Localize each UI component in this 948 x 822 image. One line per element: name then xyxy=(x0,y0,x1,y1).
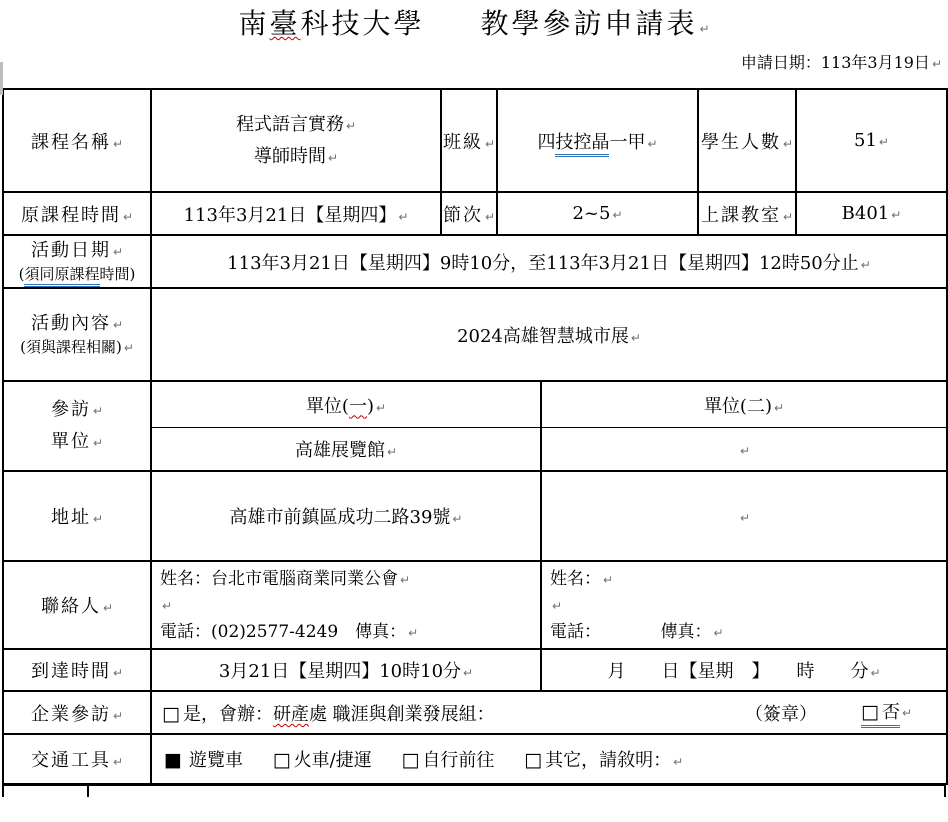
transport-label-cell: 交通工具↵ xyxy=(3,734,151,784)
checkbox-self-icon[interactable]: □ xyxy=(401,749,419,771)
paragraph-mark: ↵ xyxy=(612,208,622,222)
arrival-unit2-cell: 月 日【星期 】 時 分↵ xyxy=(541,649,947,691)
note-grammar-underline: 須同原課程 xyxy=(24,265,99,287)
activity-date-label: 活動日期↵ xyxy=(4,238,150,264)
contact-unit1-phone-line: 電話：(02)2577-4249 傳真：↵ xyxy=(160,619,532,645)
paragraph-mark: ↵ xyxy=(113,666,123,680)
enterprise-yes-text: 是，會辦： xyxy=(183,704,273,725)
room-label: 上課教室 xyxy=(701,205,781,226)
arrival-label: 到達時間 xyxy=(31,661,111,682)
paragraph-mark: ↵ xyxy=(93,404,103,418)
orig-time-value: 113年3月21日【星期四】 xyxy=(184,205,397,226)
activity-date-value-cell: 113年3月21日【星期四】9時10分，至113年3月21日【星期四】12時50… xyxy=(151,235,947,288)
unit1-name-cell: 高雄展覽館↵ xyxy=(151,427,541,471)
enterprise-spell-underline: 研產 xyxy=(273,704,309,725)
unit1-name: 高雄展覽館 xyxy=(295,440,385,461)
orig-time-label-cell: 原課程時間↵ xyxy=(3,192,151,235)
paragraph-mark: ↵ xyxy=(647,137,657,151)
paragraph-mark: ↵ xyxy=(891,208,901,222)
room-label-cell: 上課教室↵ xyxy=(698,192,796,235)
course-name-line1: 程式語言實務↵ xyxy=(152,109,440,141)
paragraph-mark: ↵ xyxy=(328,151,338,165)
paragraph-mark: ↵ xyxy=(113,318,123,332)
contact-label: 聯絡人 xyxy=(41,596,101,617)
activity-date-label-cell: 活動日期↵ (須同原課程時間) xyxy=(3,235,151,288)
contact-unit2-cell: 姓名：↵ ↵ 電話： 傳真：↵ xyxy=(541,561,947,649)
arrival-unit2-value: 月 日【星期 】 時 分 xyxy=(607,661,868,682)
arrival-unit1-value: 3月21日【星期四】10時10分 xyxy=(219,661,461,682)
transport-option-other: □其它，請敘明：↵ xyxy=(524,750,683,771)
paragraph-mark: ↵ xyxy=(387,445,397,459)
next-row-partial xyxy=(2,785,946,797)
apply-date: 申請日期：113年3月19日 xyxy=(741,53,930,72)
address-label: 地址 xyxy=(51,507,91,528)
checkbox-bus-checked-icon[interactable]: ■ xyxy=(164,749,182,771)
contact-unit2-name-line: 姓名：↵ xyxy=(550,566,938,592)
paragraph-mark: ↵ xyxy=(932,57,942,71)
transport-option-self: □自行前往 xyxy=(401,750,494,771)
room-value-cell: B401↵ xyxy=(796,192,947,235)
checkbox-no-icon[interactable]: □ xyxy=(861,701,879,723)
class-value: 一甲 xyxy=(609,132,645,153)
transport-label: 交通工具 xyxy=(31,750,111,771)
transport-option-other-label: 其它，請敘明： xyxy=(545,750,671,771)
title-text: 教學參訪申請表 xyxy=(480,7,697,40)
transport-option-train: □火車/捷運 xyxy=(273,750,372,771)
enterprise-value-cell: □是，會辦：研產處 職涯與創業發展組： （簽章） □否 ↵ xyxy=(151,691,947,734)
enterprise-no-option: □否 xyxy=(861,698,900,728)
period-label: 節次 xyxy=(443,205,483,226)
title-text: 科技大學 xyxy=(300,7,424,40)
activity-content-value: 2024高雄智慧城市展 xyxy=(457,326,629,347)
paragraph-mark: ↵ xyxy=(113,245,123,259)
visit-unit-label-cell: 參訪↵ 單位↵ xyxy=(3,381,151,471)
title-misspelled-char: 臺 xyxy=(269,7,300,40)
checkbox-other-icon[interactable]: □ xyxy=(524,749,542,771)
title-text: 南 xyxy=(238,7,269,40)
address-unit1-cell: 高雄市前鎮區成功二路39號↵ xyxy=(151,471,541,561)
enterprise-label: 企業參訪 xyxy=(31,704,111,725)
paragraph-mark: ↵ xyxy=(408,626,418,640)
unit1-header: 單位( xyxy=(306,396,349,417)
enterprise-yes-text: 處 職涯與創業發展組： xyxy=(309,704,495,725)
paragraph-mark: ↵ xyxy=(700,22,710,36)
paragraph-mark: ↵ xyxy=(673,755,683,769)
checkbox-train-icon[interactable]: □ xyxy=(273,749,291,771)
paragraph-mark: ↵ xyxy=(93,512,103,526)
transport-value-cell: ■遊覽車 □火車/捷運 □自行前往 □其它，請敘明：↵ xyxy=(151,734,947,784)
enterprise-no-text: 否 xyxy=(882,702,900,723)
course-name-line2: 導師時間↵ xyxy=(152,141,440,173)
class-value: 四 xyxy=(537,132,555,153)
paragraph-mark: ↵ xyxy=(603,573,613,587)
contact-unit1-cell: 姓名：台北市電腦商業同業公會↵ ↵ 電話：(02)2577-4249 傳真：↵ xyxy=(151,561,541,649)
students-value-cell: 51↵ xyxy=(796,89,947,192)
paragraph-mark: ↵ xyxy=(783,210,793,224)
class-value-cell: 四技控晶一甲↵ xyxy=(497,89,698,192)
unit2-header-cell: 單位(二)↵ xyxy=(541,381,947,427)
transport-option-train-label: 火車/捷運 xyxy=(294,750,372,771)
visit-unit-label-line2: 單位↵ xyxy=(4,426,150,458)
room-value: B401 xyxy=(842,203,890,224)
transport-option-bus: ■遊覽車 xyxy=(164,750,243,771)
contact-label-cell: 聯絡人↵ xyxy=(3,561,151,649)
unit2-header: 單位(二) xyxy=(704,396,772,417)
transport-option-bus-label: 遊覽車 xyxy=(189,750,243,771)
checkbox-yes-icon[interactable]: □ xyxy=(162,703,180,725)
paragraph-mark: ↵ xyxy=(552,599,562,613)
paragraph-mark: ↵ xyxy=(93,436,103,450)
paragraph-mark: ↵ xyxy=(740,511,750,525)
period-label-cell: 節次↵ xyxy=(441,192,497,235)
left-margin-artifact xyxy=(0,62,3,95)
class-label-cell: 班級↵ xyxy=(441,89,497,192)
empty-line: ↵ xyxy=(550,592,938,618)
students-label-cell: 學生人數↵ xyxy=(698,89,796,192)
class-label: 班級 xyxy=(443,132,483,153)
period-value-cell: 2~5↵ xyxy=(497,192,698,235)
activity-content-note: (須與課程相關)↵ xyxy=(4,337,150,359)
course-name-value-cell: 程式語言實務↵ 導師時間↵ xyxy=(151,89,441,192)
paragraph-mark: ↵ xyxy=(162,599,172,613)
enterprise-label-cell: 企業參訪↵ xyxy=(3,691,151,734)
enterprise-yes-option: □是，會辦：研產處 職涯與創業發展組： xyxy=(162,700,495,726)
unit1-header-cell: 單位(一)↵ xyxy=(151,381,541,427)
paragraph-mark: ↵ xyxy=(631,331,641,345)
paragraph-mark: ↵ xyxy=(463,666,473,680)
unit1-header-spell-underline: 一 xyxy=(349,396,367,417)
orig-time-label: 原課程時間 xyxy=(21,205,121,226)
next-row-column-divider xyxy=(87,786,89,797)
students-value: 51 xyxy=(854,130,877,151)
empty-line: ↵ xyxy=(160,592,532,618)
paragraph-mark: ↵ xyxy=(113,137,123,151)
address-label-cell: 地址↵ xyxy=(3,471,151,561)
visit-unit-label-line1: 參訪↵ xyxy=(4,394,150,426)
paragraph-mark: ↵ xyxy=(861,258,871,272)
unit2-name-cell: ↵ xyxy=(541,427,947,471)
paragraph-mark: ↵ xyxy=(398,210,408,224)
word-document-page: 南臺科技大學教學參訪申請表↵ 申請日期：113年3月19日↵ 課程名稱↵ 程式語… xyxy=(0,0,948,822)
students-label: 學生人數 xyxy=(701,132,781,153)
paragraph-mark: ↵ xyxy=(783,137,793,151)
orig-time-value-cell: 113年3月21日【星期四】↵ xyxy=(151,192,441,235)
paragraph-mark: ↵ xyxy=(485,210,495,224)
period-value: 2~5 xyxy=(572,203,610,224)
paragraph-mark: ↵ xyxy=(774,401,784,415)
activity-content-value-cell: 2024高雄智慧城市展↵ xyxy=(151,288,947,381)
course-name-label-cell: 課程名稱↵ xyxy=(3,89,151,192)
paragraph-mark: ↵ xyxy=(400,573,410,587)
paragraph-mark: ↵ xyxy=(740,444,750,458)
apply-date-line: 申請日期：113年3月19日↵ xyxy=(0,52,948,75)
paragraph-mark: ↵ xyxy=(452,512,462,526)
arrival-unit1-cell: 3月21日【星期四】10時10分↵ xyxy=(151,649,541,691)
document-title: 南臺科技大學教學參訪申請表↵ xyxy=(0,0,948,42)
paragraph-mark: ↵ xyxy=(113,755,123,769)
paragraph-mark: ↵ xyxy=(902,706,912,720)
paragraph-mark: ↵ xyxy=(485,137,495,151)
arrival-label-cell: 到達時間↵ xyxy=(3,649,151,691)
activity-date-value: 113年3月21日【星期四】9時10分，至113年3月21日【星期四】12時50… xyxy=(227,253,859,274)
activity-content-label: 活動內容↵ xyxy=(4,311,150,337)
activity-date-note: (須同原課程時間) xyxy=(4,264,150,286)
seal-label: （簽章） xyxy=(745,700,817,726)
enterprise-row: □是，會辦：研產處 職涯與創業發展組： （簽章） □否 ↵ xyxy=(152,698,946,728)
transport-option-self-label: 自行前往 xyxy=(422,750,494,771)
paragraph-mark: ↵ xyxy=(124,341,134,355)
paragraph-mark: ↵ xyxy=(123,210,133,224)
contact-unit1-name-line: 姓名：台北市電腦商業同業公會↵ xyxy=(160,566,532,592)
paragraph-mark: ↵ xyxy=(103,601,113,615)
paragraph-mark: ↵ xyxy=(113,709,123,723)
class-value-grammar-underline: 技控晶 xyxy=(555,132,609,157)
paragraph-mark: ↵ xyxy=(346,119,356,133)
paragraph-mark: ↵ xyxy=(879,135,889,149)
address-unit1-value: 高雄市前鎮區成功二路39號 xyxy=(230,507,451,528)
application-form-table: 課程名稱↵ 程式語言實務↵ 導師時間↵ 班級↵ 四技控晶一甲↵ 學生人數↵ 51… xyxy=(2,88,948,785)
paragraph-mark: ↵ xyxy=(376,401,386,415)
contact-unit2-phone-line: 電話： 傳真：↵ xyxy=(550,619,938,645)
address-unit2-cell: ↵ xyxy=(541,471,947,561)
paragraph-mark: ↵ xyxy=(870,666,880,680)
course-name-label: 課程名稱 xyxy=(31,132,111,153)
unit1-header: ) xyxy=(367,396,374,417)
activity-content-label-cell: 活動內容↵ (須與課程相關)↵ xyxy=(3,288,151,381)
paragraph-mark: ↵ xyxy=(714,626,724,640)
